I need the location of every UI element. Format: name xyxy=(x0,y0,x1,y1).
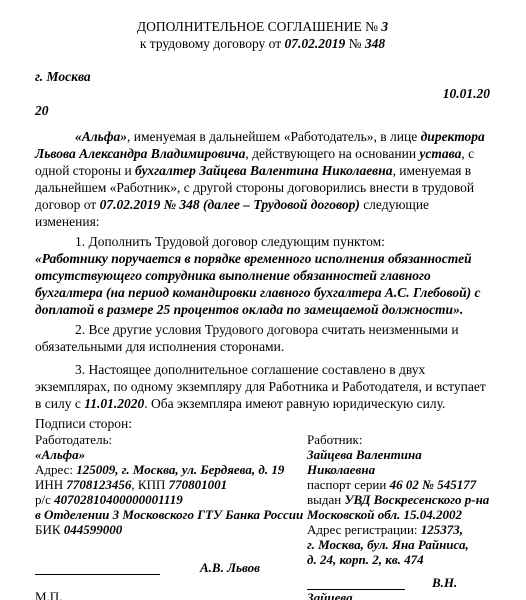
employer-bik: БИК 044599000 xyxy=(35,522,307,537)
text-run: , именуемая в дальнейшем «Работодатель»,… xyxy=(127,129,421,144)
employee-registration-building: д. 24, корп. 2, кв. 474 xyxy=(307,552,490,567)
text-run: 770801001 xyxy=(169,477,228,492)
text-run: «Альфа» xyxy=(35,447,85,462)
document-title-line-2: к трудовому договору от 07.02.2019 № 348 xyxy=(35,35,490,52)
text-run: УВД Воскресенского р-на xyxy=(344,492,489,507)
employer-address: Адрес: 125009, г. Москва, ул. Бердяева, … xyxy=(35,462,307,477)
agreement-date: 10.01.20 xyxy=(35,85,490,102)
text-run: 46 02 № 545177 xyxy=(390,477,477,492)
stamp-label: М.П. xyxy=(35,589,307,600)
text-run: № xyxy=(345,36,365,51)
employee-label: Работник: xyxy=(307,432,490,447)
text-run: 1. Дополнить Трудовой договор следующим … xyxy=(75,234,385,249)
text-run: Адрес: xyxy=(35,462,76,477)
text-run: , действующего на основании xyxy=(245,146,419,161)
text-run: 2. Все другие условия Трудового договора… xyxy=(35,322,459,354)
text-run: в Отделении 3 Московского ГТУ Банка Росс… xyxy=(35,507,303,522)
employee-column: Работник: Зайцева Валентина Николаевна п… xyxy=(307,432,490,600)
text-run: устава xyxy=(419,146,461,161)
employer-label: Работодатель: xyxy=(35,432,307,447)
clause-1-text: «Работнику поручается в порядке временно… xyxy=(35,250,490,318)
text-run: р/с xyxy=(35,492,54,507)
text-run: Московской обл. 15.04.2002 xyxy=(307,507,462,522)
employer-inn-kpp: ИНН 7708123456, КПП 770801001 xyxy=(35,477,307,492)
text-run: Адрес регистрации: xyxy=(307,522,421,537)
signatures-block: Работодатель: «Альфа» Адрес: 125009, г. … xyxy=(35,432,490,600)
employee-passport-series: паспорт серии 46 02 № 545177 xyxy=(307,477,490,492)
text-run: Работник: xyxy=(307,432,362,447)
employee-signatory-surname: Зайцева xyxy=(307,590,490,600)
supplementary-agreement-document: ДОПОЛНИТЕЛЬНОЕ СОГЛАШЕНИЕ № 3 к трудовом… xyxy=(0,0,526,600)
text-run: 125373, xyxy=(421,522,463,537)
clause-3: 3. Настоящее дополнительное соглашение с… xyxy=(35,361,490,412)
employer-bank-name: в Отделении 3 Московского ГТУ Банка Росс… xyxy=(35,507,307,522)
employee-registration-street: г. Москва, бул. Яна Райниса, xyxy=(307,537,490,552)
document-title-line-1: ДОПОЛНИТЕЛЬНОЕ СОГЛАШЕНИЕ № 3 xyxy=(35,18,490,35)
employee-signature-row: В.Н. xyxy=(307,575,490,590)
text-run: 07.02.2019 № 348 (далее – Трудовой догов… xyxy=(100,197,360,212)
employee-passport-issue-date: Московской обл. 15.04.2002 xyxy=(307,507,490,522)
employee-full-name: Зайцева Валентина Николаевна xyxy=(307,447,490,477)
text-run: д. 24, корп. 2, кв. 474 xyxy=(307,552,424,567)
agreement-date-wrapped: 20 xyxy=(35,102,490,119)
text-run: «Альфа» xyxy=(75,129,127,144)
signatures-heading: Подписи сторон: xyxy=(35,415,490,432)
text-run: г. Москва, бул. Яна Райниса, xyxy=(307,537,469,552)
clause-1-intro: 1. Дополнить Трудовой договор следующим … xyxy=(35,233,490,250)
text-run: , КПП xyxy=(131,477,168,492)
employer-company-name: «Альфа» xyxy=(35,447,307,462)
document-title-block: ДОПОЛНИТЕЛЬНОЕ СОГЛАШЕНИЕ № 3 к трудовом… xyxy=(35,18,490,52)
text-run: г. Москва xyxy=(35,69,91,84)
employer-signature-row: А.В. Львов xyxy=(35,560,307,575)
text-run: 3 xyxy=(381,19,388,34)
text-run: Зайцева xyxy=(307,590,353,600)
text-run: ИНН xyxy=(35,477,66,492)
text-run: 125009, г. Москва, ул. Бердяева, д. 19 xyxy=(76,462,284,477)
text-run: 07.02.2019 xyxy=(285,36,346,51)
preamble-paragraph: «Альфа», именуемая в дальнейшем «Работод… xyxy=(35,128,490,230)
clause-2: 2. Все другие условия Трудового договора… xyxy=(35,321,490,355)
text-run: к трудовому договору от xyxy=(140,36,285,51)
employer-column: Работодатель: «Альфа» Адрес: 125009, г. … xyxy=(35,432,307,600)
text-run: 40702810400000001119 xyxy=(54,492,183,507)
text-run: 20 xyxy=(35,103,49,118)
place-city: г. Москва xyxy=(35,68,490,85)
text-run: «Работнику поручается в порядке временно… xyxy=(35,251,480,317)
employee-signature-line xyxy=(307,577,405,590)
text-run: Работодатель: xyxy=(35,432,112,447)
text-run: В.Н. xyxy=(432,575,457,590)
text-run: . Оба экземпляра имеют равную юридическу… xyxy=(144,396,445,411)
text-run: паспорт серии xyxy=(307,477,390,492)
text-run: выдан xyxy=(307,492,344,507)
text-run: БИК xyxy=(35,522,64,537)
employee-registration-zip: Адрес регистрации: 125373, xyxy=(307,522,490,537)
text-run: 348 xyxy=(365,36,385,51)
employer-signatory-name: А.В. Львов xyxy=(200,560,260,575)
text-run: 044599000 xyxy=(64,522,123,537)
text-run: 7708123456 xyxy=(66,477,131,492)
text-run: А.В. Львов xyxy=(200,560,260,575)
text-run: ДОПОЛНИТЕЛЬНОЕ СОГЛАШЕНИЕ № xyxy=(137,19,381,34)
employee-passport-issuer: выдан УВД Воскресенского р-на xyxy=(307,492,490,507)
text-run: Зайцева Валентина Николаевна xyxy=(307,447,422,477)
text-run: 11.01.2020 xyxy=(84,396,144,411)
text-run: 10.01.20 xyxy=(443,86,490,101)
employee-signatory-initials: В.Н. xyxy=(432,575,457,590)
employer-signature-line xyxy=(35,562,160,575)
text-run: бухгалтер Зайцева Валентина Николаевна xyxy=(135,163,392,178)
employer-account-number: р/с 40702810400000001119 xyxy=(35,492,307,507)
